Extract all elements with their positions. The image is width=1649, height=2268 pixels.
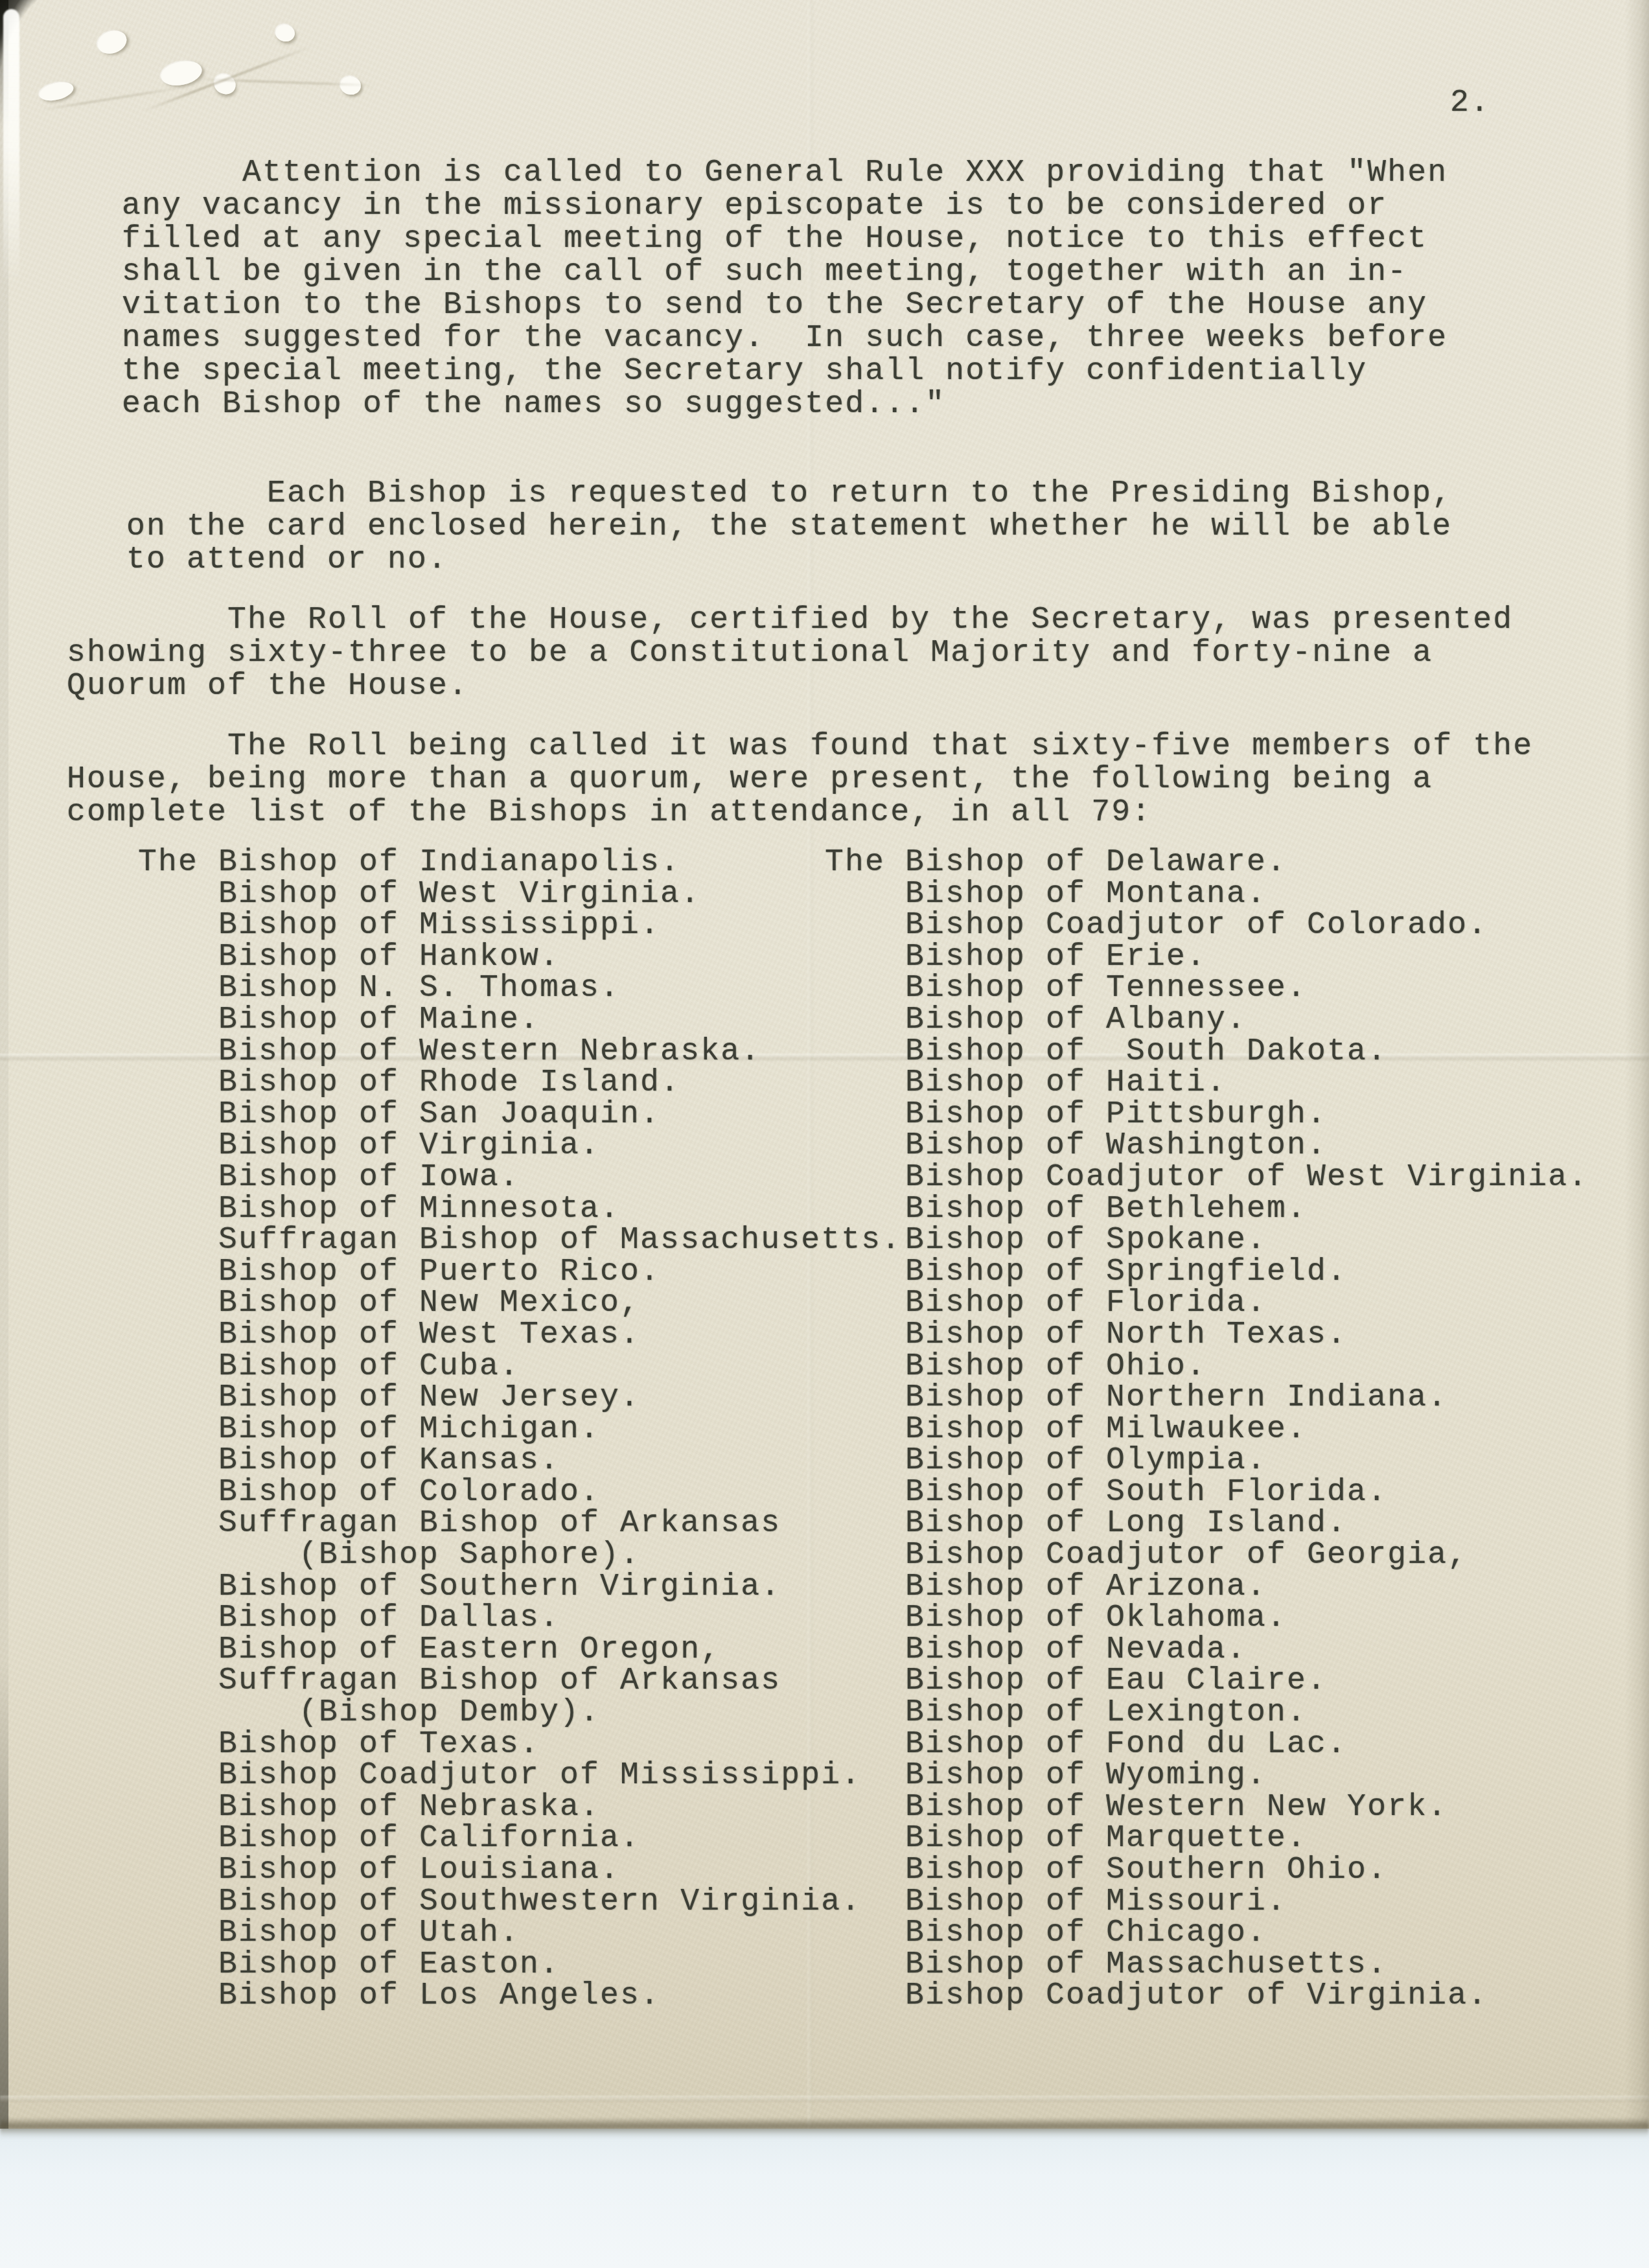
typed-text-line: Bishop of Cuba. [138,1351,901,1383]
typed-text-line: Bishop of Springfield. [825,1256,1588,1288]
typed-text-line: Bishop of Nebraska. [138,1792,901,1823]
typed-text-line: filled at any special meeting of the Hou… [122,223,1447,256]
typed-text-line: Bishop of Albany. [825,1004,1588,1036]
typed-text-line: Bishop of Minnesota. [138,1194,901,1225]
typed-text-line: Bishop of Colorado. [138,1477,901,1509]
typed-text-line: Bishop of Chicago. [825,1917,1588,1949]
typed-text-line: Bishop of Texas. [138,1729,901,1761]
typed-text-line: the special meeting, the Secretary shall… [122,355,1447,388]
typed-text-line: Bishop of South Dakota. [825,1036,1588,1068]
typed-text-line: Bishop of Fond du Lac. [825,1729,1588,1761]
typed-text-line: Quorum of the House. [67,670,1513,703]
paper-right-edge-shadow [1624,0,1649,2129]
typed-text-line: Bishop of Northern Indiana. [825,1382,1588,1414]
typed-text-line: House, being more than a quorum, were pr… [67,763,1533,796]
paragraph-roll-called: The Roll being called it was found that … [67,730,1533,829]
paragraph-roll-certified: The Roll of the House, certified by the … [67,604,1513,703]
typed-text-line: Bishop of Louisiana. [138,1855,901,1886]
typed-text-line: Bishop of New Mexico, [138,1288,901,1319]
typed-text-line: Bishop of Michigan. [138,1414,901,1446]
typed-text-line: Bishop of Eastern Oregon, [138,1634,901,1666]
typed-text-line: Bishop of Easton. [138,1949,901,1981]
typed-text-line: Bishop of Western New York. [825,1792,1588,1823]
typed-text-line: to attend or no. [126,544,1452,577]
typed-text-line: vitation to the Bishops to send to the S… [122,289,1447,322]
typed-text-line: Bishop Coadjutor of Virginia. [825,1980,1588,2012]
typed-text-line: Bishop of Oklahoma. [825,1603,1588,1634]
typed-text-line: Bishop of Kansas. [138,1445,901,1477]
typed-text-line: Bishop of Spokane. [825,1225,1588,1256]
typed-text-line: The Roll of the House, certified by the … [67,604,1513,637]
typed-text-line: (Bishop Saphore). [138,1540,901,1571]
typed-text-line: on the card enclosed herein, the stateme… [126,511,1452,544]
typed-text-line: Bishop of Puerto Rico. [138,1256,901,1288]
typed-text-line: Bishop of Southern Virginia. [138,1571,901,1603]
typed-text-line: Bishop of Pittsburgh. [825,1099,1588,1131]
typed-text-line: Bishop of Haiti. [825,1067,1588,1099]
typed-text-line: Bishop of South Florida. [825,1477,1588,1509]
typed-text-line: Bishop of Bethlehem. [825,1194,1588,1225]
paper-bottom-edge [0,2118,1649,2140]
typed-text-line: Bishop of Long Island. [825,1508,1588,1540]
typed-text-line: Bishop Coadjutor of Colorado. [825,910,1588,942]
typed-text-line: Bishop of Eau Claire. [825,1665,1588,1697]
paragraph-card-request: Each Bishop is requested to return to th… [126,478,1452,577]
typed-text-line: Bishop of Olympia. [825,1445,1588,1477]
attendance-list-left-column: The Bishop of Indianapolis. Bishop of We… [138,847,901,2012]
typed-text-line: Bishop of Montana. [825,879,1588,910]
page-number: 2. [1450,86,1490,121]
typed-text-line: Bishop N. S. Thomas. [138,973,901,1004]
typed-text-line: (Bishop Demby). [138,1697,901,1729]
typed-text-line: Bishop of Florida. [825,1288,1588,1319]
typed-text-line: Bishop Coadjutor of Mississippi. [138,1760,901,1792]
typed-text-line: Bishop of New Jersey. [138,1382,901,1414]
typed-text-line: Bishop of Tennessee. [825,973,1588,1004]
attendance-list-right-column: The Bishop of Delaware. Bishop of Montan… [825,847,1588,2012]
typed-text-line: Suffragan Bishop of Massachusetts. [138,1225,901,1256]
typed-text-line: Bishop of Missouri. [825,1886,1588,1918]
typed-text-line: Bishop of Dallas. [138,1603,901,1634]
typed-text-line: Bishop Coadjutor of West Virginia. [825,1162,1588,1194]
typed-text-line: Bishop of Marquette. [825,1823,1588,1855]
typed-text-line: Bishop of Ohio. [825,1351,1588,1383]
typed-text-line: Each Bishop is requested to return to th… [126,478,1452,511]
typed-text-line: Bishop of Utah. [138,1917,901,1949]
typed-text-line: Bishop of San Joaquin. [138,1099,901,1131]
typed-text-line: Bishop of Wyoming. [825,1760,1588,1792]
fold-line [0,2096,1649,2102]
typed-text-line: Suffragan Bishop of Arkansas [138,1508,901,1540]
typed-text-line: Attention is called to General Rule XXX … [122,157,1447,190]
typed-text-line: names suggested for the vacancy. In such… [122,322,1447,355]
typed-text-line: Bishop of Erie. [825,942,1588,973]
typed-text-line: each Bishop of the names so suggested...… [122,388,1447,421]
scanner-background [0,2127,1649,2268]
typed-text-line: Bishop of Virginia. [138,1130,901,1162]
typed-text-line: shall be given in the call of such meeti… [122,256,1447,289]
typed-text-line: showing sixty-three to be a Constitution… [67,637,1513,670]
typed-text-line: Bishop of Iowa. [138,1162,901,1194]
typed-text-line: complete list of the Bishops in attendan… [67,796,1533,829]
typed-text-line: any vacancy in the missionary episcopate… [122,190,1447,223]
typed-text-line: Bishop of Western Nebraska. [138,1036,901,1068]
typed-text-line: Bishop of Arizona. [825,1571,1588,1603]
typed-text-line: Bishop of Rhode Island. [138,1067,901,1099]
typed-text-line: Bishop of North Texas. [825,1319,1588,1351]
typed-text-line: Bishop of West Virginia. [138,879,901,910]
paragraph-general-rule-xxx: Attention is called to General Rule XXX … [122,157,1447,421]
typed-text-line: Bishop of Nevada. [825,1634,1588,1666]
typed-text-line: Bishop of Los Angeles. [138,1980,901,2012]
typed-text-line: The Roll being called it was found that … [67,730,1533,763]
typed-text-line: Suffragan Bishop of Arkansas [138,1665,901,1697]
typed-text-line: The Bishop of Indianapolis. [138,847,901,879]
typed-text-line: Bishop of Massachusetts. [825,1949,1588,1981]
typed-text-line: Bishop of Maine. [138,1004,901,1036]
typed-text-line: Bishop of Lexington. [825,1697,1588,1729]
typed-text-line: The Bishop of Delaware. [825,847,1588,879]
typed-text-line: Bishop of California. [138,1823,901,1855]
scanned-document-page: 2. Attention is called to General Rule X… [0,0,1649,2268]
scan-left-edge-shadow [0,0,8,2129]
typed-text-line: Bishop of Mississippi. [138,910,901,942]
typed-text-line: Bishop Coadjutor of Georgia, [825,1540,1588,1571]
typed-text-line: Bishop of Southwestern Virginia. [138,1886,901,1918]
typed-text-line: Bishop of Washington. [825,1130,1588,1162]
paper-edge-highlight [3,9,19,288]
typed-text-line: Bishop of West Texas. [138,1319,901,1351]
typed-text-line: Bishop of Milwaukee. [825,1414,1588,1446]
typed-text-line: Bishop of Southern Ohio. [825,1855,1588,1886]
typed-text-line: Bishop of Hankow. [138,942,901,973]
